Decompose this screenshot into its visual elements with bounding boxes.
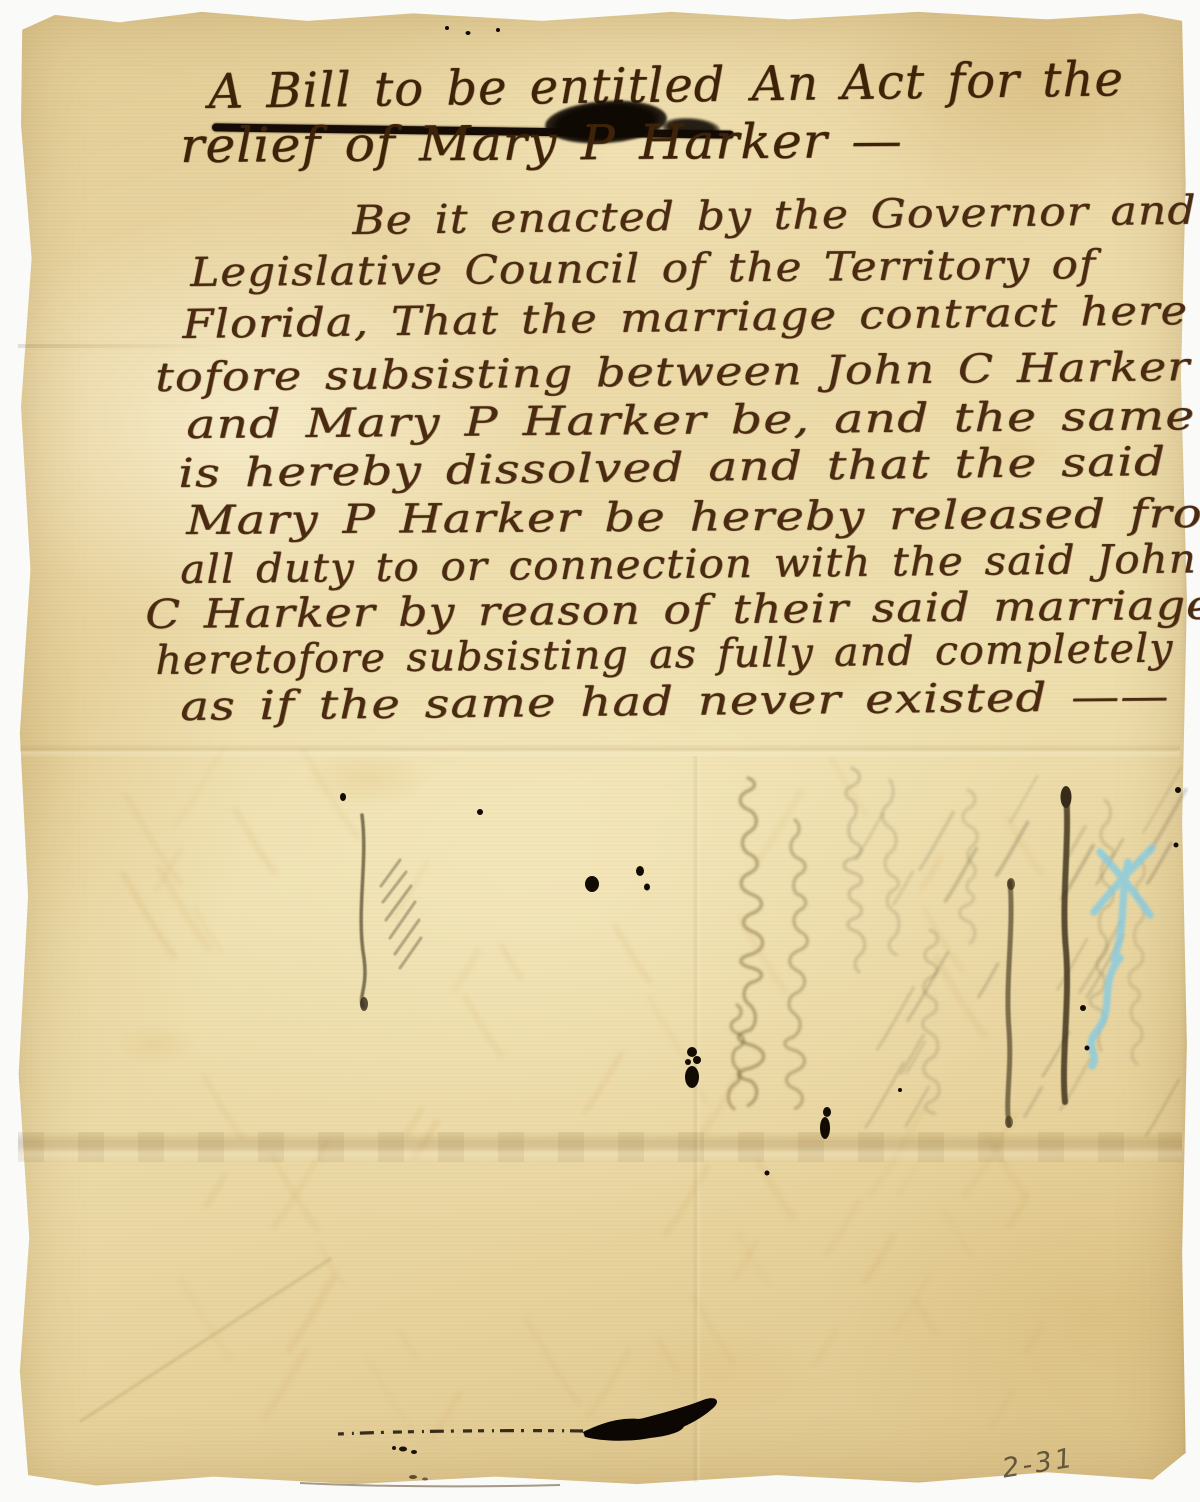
blue-crayon-mark	[1091, 848, 1152, 1066]
title-line: relief of Mary P Harker —	[180, 113, 903, 174]
scanned-document-page: A Bill to be entitledAn Act for the reli…	[0, 0, 1200, 1502]
pencil-scribble	[360, 815, 421, 1011]
title-text: An Act for the	[751, 51, 1124, 112]
handwritten-line: Legislative Council of the Territory of	[190, 242, 1096, 296]
bottom-ink-smear	[300, 1398, 717, 1486]
handwritten-line: Mary P Harker be hereby released from	[186, 491, 1200, 544]
ink-showthrough-stroke	[1005, 786, 1072, 1128]
